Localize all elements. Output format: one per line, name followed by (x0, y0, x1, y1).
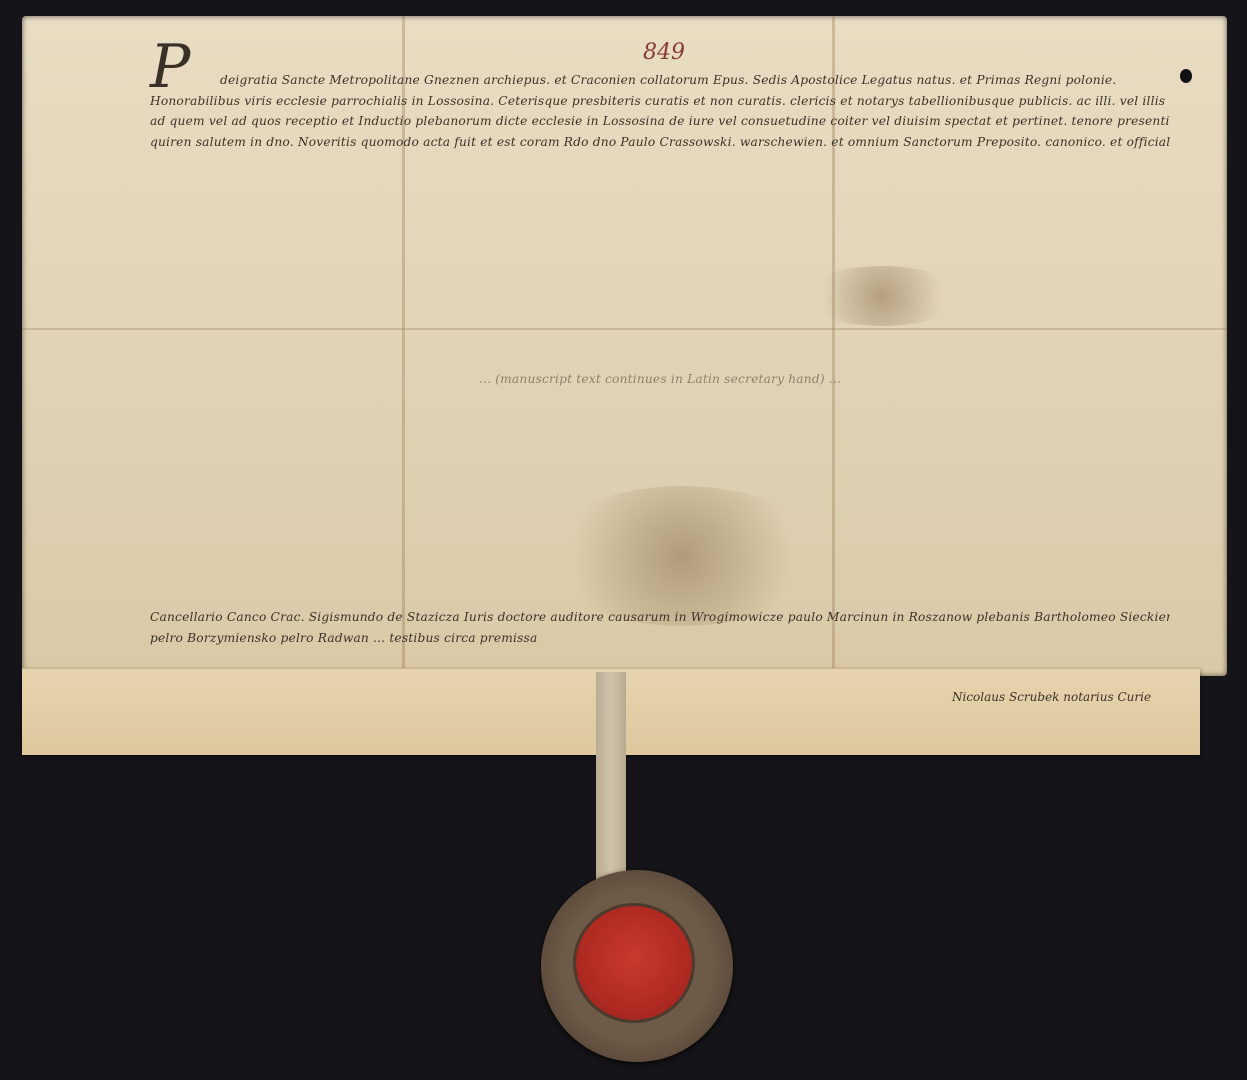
text-line: Cancellario Canco Crac. Sigismundo de St… (150, 607, 1170, 628)
seal-strap (596, 672, 626, 892)
text-line: ad quem vel ad quos receptio et Inductio… (150, 111, 1170, 132)
text-line: ... (manuscript text continues in Latin … (150, 152, 1170, 607)
red-wax-seal (573, 903, 695, 1023)
notary-signature: Nicolaus Scrubek notarius Curie (952, 690, 1151, 704)
folio-number: 849 (643, 40, 685, 65)
charter-text: deigratia Sancte Metropolitane Gneznen a… (150, 70, 1170, 649)
text-line: pelro Borzymiensko pelro Radwan ... test… (150, 628, 1170, 649)
text-line: deigratia Sancte Metropolitane Gneznen a… (150, 70, 1170, 91)
text-line: Honorabilibus viris ecclesie parrochiali… (150, 91, 1170, 112)
text-line: quiren salutem in dno. Noveritis quomodo… (150, 132, 1170, 153)
punch-hole (1180, 69, 1192, 83)
